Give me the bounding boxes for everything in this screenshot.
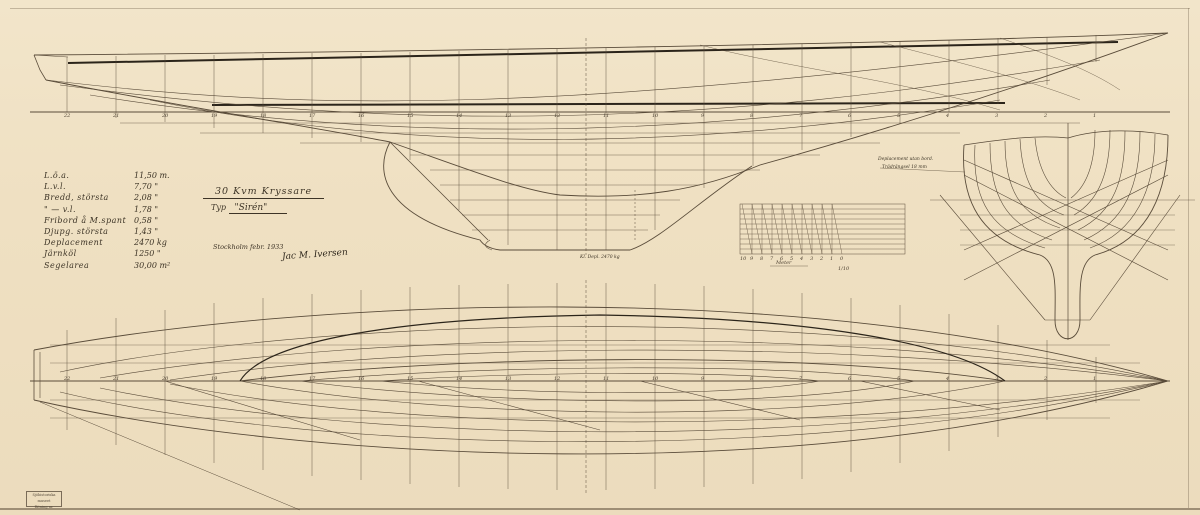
svg-text:19: 19 <box>211 113 218 119</box>
drawing-sheet: 22 21 20 19 18 17 16 15 14 13 12 11 10 9… <box>0 0 1200 515</box>
body-plan-note-2: Trädrängsel 18 mm <box>882 165 927 170</box>
spec-label: Djupg. största <box>44 226 108 237</box>
svg-text:10: 10 <box>652 376 659 382</box>
spec-value: 1,43 " <box>134 226 174 237</box>
svg-text:4: 4 <box>799 256 803 262</box>
svg-text:1: 1 <box>1093 376 1096 382</box>
svg-text:3: 3 <box>995 376 998 382</box>
svg-text:5: 5 <box>897 113 900 119</box>
svg-text:18: 18 <box>260 113 266 119</box>
spec-row: Deplacement2470 kg <box>44 237 174 248</box>
svg-text:3: 3 <box>995 113 998 119</box>
archive-stamp: Sjöhistoriska museet Ritning nr. <box>26 491 62 507</box>
svg-text:7: 7 <box>770 256 774 262</box>
spec-row: Djupg. största1,43 " <box>44 226 174 237</box>
svg-text:11: 11 <box>603 376 609 382</box>
body-plan-note-1: Deplacement utan bord. <box>878 157 933 162</box>
spec-value: 1250 " <box>134 248 174 259</box>
spec-row: Bredd, största2,08 " <box>44 192 174 203</box>
svg-text:22: 22 <box>63 113 70 119</box>
spec-label: Bredd, största <box>44 192 109 203</box>
svg-text:12: 12 <box>554 113 560 119</box>
svg-text:1/10: 1/10 <box>838 266 850 272</box>
spec-label: Segelarea <box>44 260 89 271</box>
spec-row: Järnköl1250 " <box>44 248 174 259</box>
svg-text:20: 20 <box>161 376 169 382</box>
type-prefix: Typ <box>211 203 226 212</box>
spec-value: 1,78 " <box>134 204 174 215</box>
svg-text:13: 13 <box>505 376 511 382</box>
stamp-line-1: Sjöhistoriska museet <box>27 492 61 504</box>
svg-text:16: 16 <box>358 376 365 382</box>
spec-value: 11,50 m. <box>134 170 174 181</box>
svg-text:19: 19 <box>211 376 218 382</box>
svg-text:8: 8 <box>750 376 753 382</box>
scale-tick-labels: 10 9 8 7 6 5 4 3 2 1 0 Meter 1/10 <box>740 256 850 272</box>
svg-text:14: 14 <box>456 376 462 382</box>
profile-station-labels: 22 21 20 19 18 17 16 15 14 13 12 11 10 9… <box>63 113 1096 119</box>
svg-text:22: 22 <box>63 376 70 382</box>
svg-text:15: 15 <box>407 376 413 382</box>
specifications-table: L.ö.a.11,50 m. L.v.l.7,70 " Bredd, störs… <box>44 170 174 271</box>
svg-text:5: 5 <box>897 376 900 382</box>
svg-text:20: 20 <box>161 113 169 119</box>
spec-row: L.ö.a.11,50 m. <box>44 170 174 181</box>
svg-text:9: 9 <box>701 113 705 119</box>
body-plan <box>880 123 1195 340</box>
spec-label: Järnköl <box>44 248 77 259</box>
title-block: 30 Kvm Kryssare Typ "Sirén" <box>203 186 324 213</box>
svg-text:1: 1 <box>830 256 833 262</box>
svg-text:10: 10 <box>740 256 747 262</box>
type-name: "Sirén" <box>229 203 288 214</box>
spec-row: " — v.l.1,78 " <box>44 204 174 215</box>
svg-text:15: 15 <box>407 113 413 119</box>
drawing-title: 30 Kvm Kryssare <box>203 186 324 199</box>
svg-text:16: 16 <box>358 113 365 119</box>
spec-value: 7,70 " <box>134 181 174 192</box>
svg-text:11: 11 <box>603 113 609 119</box>
svg-text:17: 17 <box>309 113 316 119</box>
svg-text:9: 9 <box>750 256 754 262</box>
svg-text:3: 3 <box>810 256 813 262</box>
svg-text:0: 0 <box>840 256 844 262</box>
spec-value: 2470 kg <box>134 237 174 248</box>
spec-label: L.ö.a. <box>44 170 69 181</box>
svg-text:2: 2 <box>1043 113 1047 119</box>
svg-text:8: 8 <box>750 113 753 119</box>
svg-text:8: 8 <box>760 256 763 262</box>
svg-text:17: 17 <box>309 376 316 382</box>
spec-row: Fribord å M.spant0,58 " <box>44 215 174 226</box>
svg-text:2: 2 <box>1043 376 1047 382</box>
spec-label: L.v.l. <box>44 181 66 192</box>
svg-text:13: 13 <box>505 113 511 119</box>
svg-text:4: 4 <box>945 113 949 119</box>
sheer-plan <box>30 33 1170 255</box>
svg-text:12: 12 <box>554 376 560 382</box>
spec-value: 0,58 " <box>134 215 174 226</box>
svg-text:14: 14 <box>456 113 462 119</box>
svg-text:Meter: Meter <box>775 260 792 266</box>
svg-text:1: 1 <box>1093 113 1096 119</box>
svg-text:21: 21 <box>112 113 119 119</box>
svg-text:6: 6 <box>848 113 852 119</box>
svg-text:21: 21 <box>112 376 119 382</box>
svg-text:10: 10 <box>652 113 659 119</box>
svg-text:2: 2 <box>819 256 823 262</box>
spec-label: " — v.l. <box>44 204 76 215</box>
spec-label: Fribord å M.spant <box>44 215 126 226</box>
spec-label: Deplacement <box>44 237 103 248</box>
spec-row: Segelarea30,00 m² <box>44 260 174 271</box>
spec-row: L.v.l.7,70 " <box>44 181 174 192</box>
half-breadth-plan <box>30 280 1170 510</box>
stamp-line-2: Ritning nr. <box>27 504 61 510</box>
spec-value: 2,08 " <box>134 192 174 203</box>
type-line: Typ "Sirén" <box>203 203 324 213</box>
svg-text:18: 18 <box>260 376 266 382</box>
keel-note: Kl. Depl. 2470 kg <box>580 255 620 260</box>
svg-text:4: 4 <box>945 376 949 382</box>
spec-value: 30,00 m² <box>134 260 174 271</box>
place-date: Stockholm febr. 1933 <box>213 243 283 251</box>
